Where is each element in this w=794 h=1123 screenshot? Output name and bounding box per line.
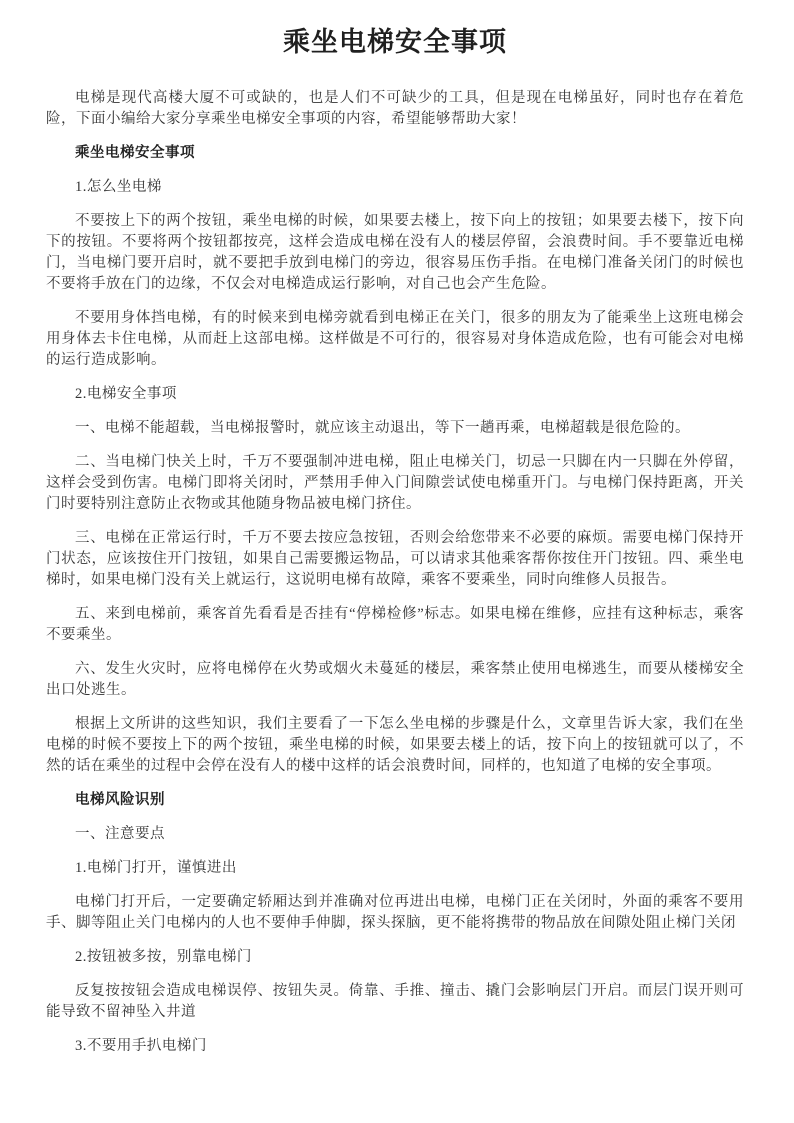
numbered-heading-key-points: 一、注意要点 — [46, 824, 744, 845]
paragraph: 反复按按钮会造成电梯误停、按钮失灵。倚靠、手推、撞击、撬门会影响层门开启。而层门… — [46, 981, 744, 1023]
paragraph: 一、电梯不能超载，当电梯报警时，就应该主动退出，等下一趟再乘，电梯超载是很危险的… — [46, 418, 744, 439]
document-page: 乘坐电梯安全事项 电梯是现代高楼大厦不可或缺的，也是人们不可缺少的工具，但是现在… — [0, 0, 794, 1123]
paragraph: 三、电梯在正常运行时，千万不要去按应急按钮，否则会给您带来不必要的麻烦。需要电梯… — [46, 528, 744, 591]
section-heading-risk-identification: 电梯风险识别 — [46, 790, 744, 811]
paragraph: 不要按上下的两个按钮，乘坐电梯的时候，如果要去楼上，按下向上的按钮；如果要去楼下… — [46, 211, 744, 295]
numbered-heading-no-prying: 3.不要用手扒电梯门 — [46, 1036, 744, 1057]
paragraph: 五、来到电梯前，乘客首先看看是否挂有“停梯检修”标志。如果电梯在维修，应挂有这种… — [46, 604, 744, 646]
numbered-heading-how-to-ride: 1.怎么坐电梯 — [46, 177, 744, 198]
paragraph: 二、当电梯门快关上时，千万不要强制冲进电梯，阻止电梯关门，切忌一只脚在内一只脚在… — [46, 452, 744, 515]
paragraph: 六、发生火灾时，应将电梯停在火势或烟火未蔓延的楼层，乘客禁止使用电梯逃生，而要从… — [46, 659, 744, 701]
numbered-heading-buttons: 2.按钮被多按，别靠电梯门 — [46, 947, 744, 968]
numbered-heading-door-open: 1.电梯门打开，谨慎进出 — [46, 858, 744, 879]
numbered-heading-safety-items: 2.电梯安全事项 — [46, 384, 744, 405]
paragraph: 根据上文所讲的这些知识，我们主要看了一下怎么坐电梯的步骤是什么，文章里告诉大家，… — [46, 714, 744, 777]
paragraph: 不要用身体挡电梯，有的时候来到电梯旁就看到电梯正在关门，很多的朋友为了能乘坐上这… — [46, 308, 744, 371]
document-title: 乘坐电梯安全事项 — [46, 24, 744, 60]
section-heading-safety-matters: 乘坐电梯安全事项 — [46, 143, 744, 164]
intro-paragraph: 电梯是现代高楼大厦不可或缺的，也是人们不可缺少的工具，但是现在电梯虽好，同时也存… — [46, 88, 744, 130]
paragraph: 电梯门打开后，一定要确定轿厢达到并准确对位再进出电梯，电梯门正在关闭时，外面的乘… — [46, 892, 744, 934]
